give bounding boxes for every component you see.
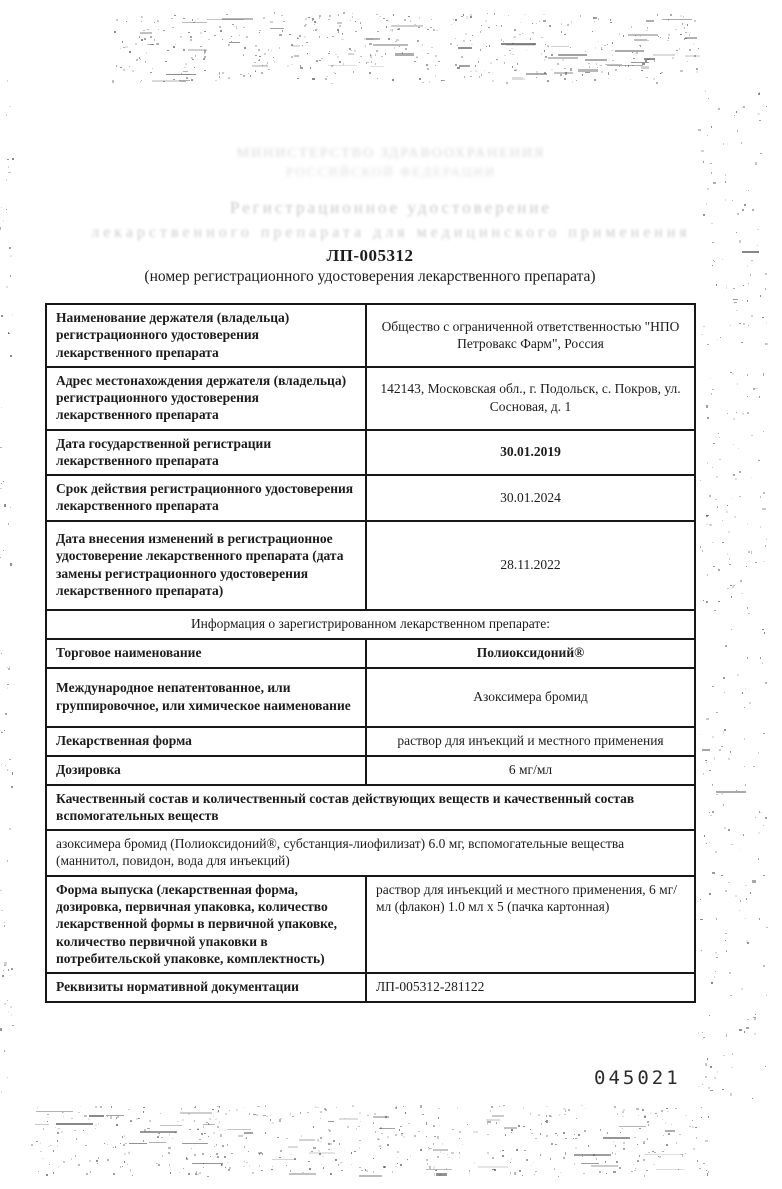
row-label: Международное непатентованное, или групп… (47, 669, 367, 726)
table-row: Наименование держателя (владельца) регис… (47, 305, 694, 366)
row-value: 30.01.2024 (367, 476, 694, 520)
ghost-header-line-3: Регистрационное удостоверение (0, 198, 782, 218)
row-label: Торговое наименование (47, 640, 367, 667)
table-row: Международное непатентованное, или групп… (47, 667, 694, 726)
table-row: Лекарственная форма раствор для инъекций… (47, 726, 694, 755)
table-row-span: азоксимера бромид (Полиоксидоний®, субст… (47, 829, 694, 875)
ghost-header-line-4: лекарственного препарата для медицинског… (0, 224, 782, 242)
ghost-header-line-1: МИНИСТЕРСТВО ЗДРАВООХРАНЕНИЯ (0, 146, 782, 162)
ghost-header-line-2: РОССИЙСКОЙ ФЕДЕРАЦИИ (0, 164, 782, 180)
table-row-section-header: Информация о зарегистрированном лекарств… (47, 609, 694, 638)
row-value: Общество с ограниченной ответственностью… (367, 305, 694, 366)
row-label: Форма выпуска (лекарственная форма, дози… (47, 877, 367, 972)
row-value: 142143, Московская обл., г. Подольск, с.… (367, 368, 694, 429)
span-label: Качественный состав и количественный сос… (47, 786, 694, 830)
row-value: 6 мг/мл (367, 757, 694, 784)
row-label: Реквизиты нормативной документации (47, 974, 367, 1001)
scan-noise-left-edge (0, 80, 14, 1100)
registration-number: ЛП-005312 (0, 246, 740, 266)
section-header: Информация о зарегистрированном лекарств… (47, 611, 694, 638)
table-row: Торговое наименование Полиоксидоний® (47, 638, 694, 667)
certificate-table: Наименование держателя (владельца) регис… (45, 303, 696, 1003)
scan-noise-bottom (30, 1105, 710, 1177)
row-label: Лекарственная форма (47, 728, 367, 755)
scan-noise-right-edge (698, 90, 768, 1100)
row-value: Полиоксидоний® (367, 640, 694, 667)
table-row: Дозировка 6 мг/мл (47, 755, 694, 784)
table-row: Адрес местонахождения держателя (владель… (47, 366, 694, 429)
span-value: азоксимера бромид (Полиоксидоний®, субст… (47, 831, 694, 875)
scan-noise-top (110, 12, 700, 84)
table-row: Дата государственной регистрации лекарст… (47, 429, 694, 475)
registration-number-caption: (номер регистрационного удостоверения ле… (0, 268, 740, 286)
row-label: Наименование держателя (владельца) регис… (47, 305, 367, 366)
table-row: Реквизиты нормативной документации ЛП-00… (47, 972, 694, 1001)
row-label: Дата внесения изменений в регистрационно… (47, 522, 367, 609)
row-label: Срок действия регистрационного удостовер… (47, 476, 367, 520)
row-value: ЛП-005312-281122 (367, 974, 694, 1001)
row-value: раствор для инъекций и местного применен… (367, 728, 694, 755)
table-row: Форма выпуска (лекарственная форма, дози… (47, 875, 694, 972)
stamp-serial-number: 045021 (594, 1067, 681, 1089)
table-row-span: Качественный состав и количественный сос… (47, 784, 694, 830)
row-value: 28.11.2022 (367, 522, 694, 609)
row-label: Дозировка (47, 757, 367, 784)
row-value: раствор для инъекций и местного применен… (367, 877, 694, 972)
row-value: 30.01.2019 (367, 431, 694, 475)
table-row: Дата внесения изменений в регистрационно… (47, 520, 694, 609)
row-label: Адрес местонахождения держателя (владель… (47, 368, 367, 429)
table-row: Срок действия регистрационного удостовер… (47, 474, 694, 520)
row-label: Дата государственной регистрации лекарст… (47, 431, 367, 475)
row-value: Азоксимера бромид (367, 669, 694, 726)
